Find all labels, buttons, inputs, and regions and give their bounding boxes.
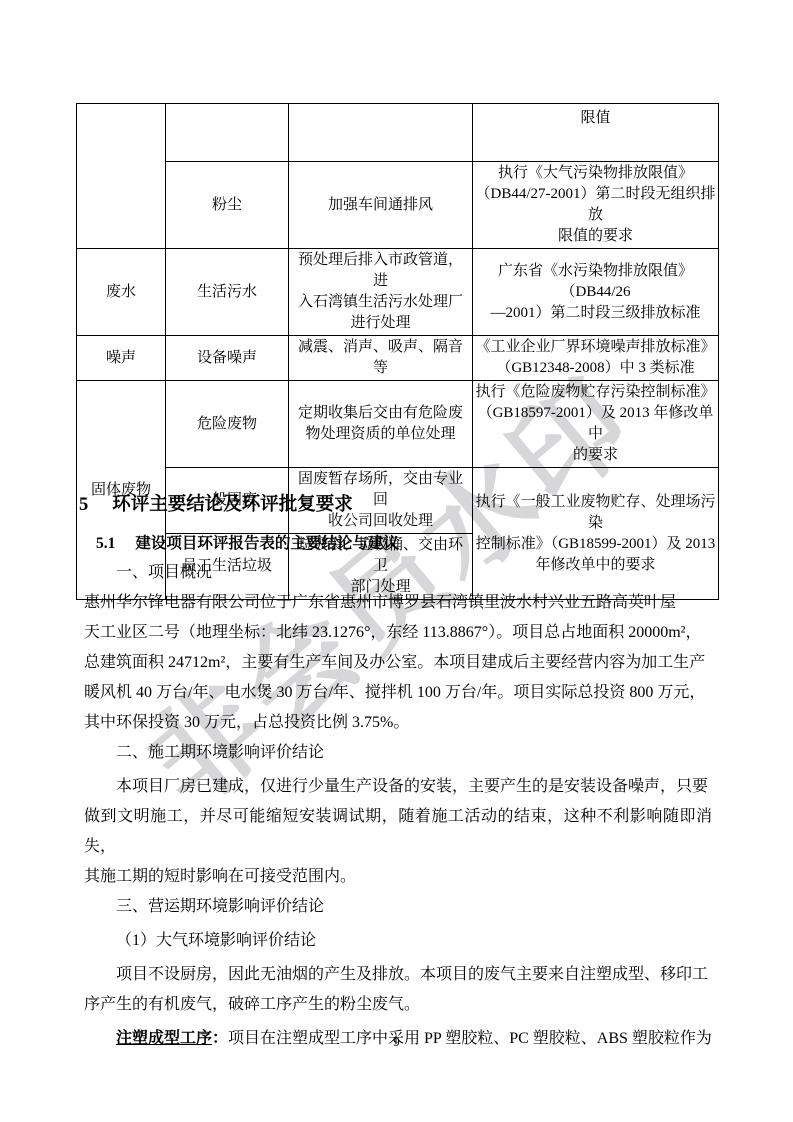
table-cell-empty xyxy=(289,104,473,162)
subheading-operation-period: 三、营运期环境影响评价结论 xyxy=(84,892,712,922)
table-cell-measure-dust: 加强车间通排风 xyxy=(289,162,473,249)
subsection-number: 5.1 xyxy=(96,535,115,552)
section-title: 环评主要结论及环评批复要求 xyxy=(112,494,353,516)
paragraph-air-environment: 项目不设厨房，因此无油烟的产生及排放。本项目的废气主要来自注塑成型、移印工 序产… xyxy=(84,960,712,1020)
paragraph-construction-period: 本项目厂房已建成，仅进行少量生产设备的安装，主要产生的是安装设备噪声，只要 做到… xyxy=(84,772,712,892)
page-number: 9 xyxy=(0,1034,793,1050)
subheading-air-environment: （1）大气环境影响评价结论 xyxy=(84,926,712,956)
table-cell-pollutant-equipment-noise: 设备噪声 xyxy=(166,336,289,381)
table-cell-pollutant-dust: 粉尘 xyxy=(166,162,289,249)
table-cell-limit-header: 限值 xyxy=(473,104,719,162)
table-cell-measure-hazardous-waste: 定期收集后交由有危险废 物处理资质的单位处理 xyxy=(289,381,473,468)
table-cell-standard-noise: 《工业企业厂界环境噪声排放标准》 （GB12348-2008）中 3 类标准 xyxy=(473,336,719,381)
subheading-project-overview: 一、项目概况 xyxy=(84,558,712,588)
table-cell-pollutant-hazardous-waste: 危险废物 xyxy=(166,381,289,468)
subsection-title: 建设项目环评报告表的主要结论与建议 xyxy=(135,535,399,552)
section-heading-5: 5环评主要结论及环评批复要求 xyxy=(79,494,712,516)
table-cell-standard-dust: 执行《大气污染物排放限值》 （DB44/27-2001）第二时段无组织排放 限值… xyxy=(473,162,719,249)
table-cell-measure-noise: 减震、消声、吸声、隔音等 xyxy=(289,336,473,381)
table-cell-pollutant-sewage: 生活污水 xyxy=(166,249,289,336)
table-cell-category-wastewater: 废水 xyxy=(77,249,166,336)
section-number: 5 xyxy=(79,494,88,516)
table-cell-standard-sewage: 广东省《水污染物排放限值》（DB44/26 —2001）第二时段三级排放标准 xyxy=(473,249,719,336)
subsection-heading-5-1: 5.1建设项目环评报告表的主要结论与建议 xyxy=(96,534,712,554)
subheading-construction-period: 二、施工期环境影响评价结论 xyxy=(84,738,712,768)
document-page: 非会员水印 限值 粉尘 加强车间通排风 执行《大气污染物排放限值》 （DB44/… xyxy=(0,0,793,1122)
table-cell-empty xyxy=(166,104,289,162)
table-cell-measure-sewage: 预处理后排入市政管道，进 入石湾镇生活污水处理厂 进行处理 xyxy=(289,249,473,336)
table-cell-category-empty xyxy=(77,104,166,249)
table-cell-standard-hazardous-waste: 执行《危险废物贮存污染控制标准》 （GB18597-2001）及 2013 年修… xyxy=(473,381,719,468)
paragraph-project-overview: 惠州华尔锋电器有限公司位于广东省惠州市博罗县石湾镇里波水村兴业五路高英叶屋 天工… xyxy=(84,588,712,738)
body-text: 5环评主要结论及环评批复要求 5.1建设项目环评报告表的主要结论与建议 一、项目… xyxy=(84,494,712,1054)
table-cell-category-noise: 噪声 xyxy=(77,336,166,381)
